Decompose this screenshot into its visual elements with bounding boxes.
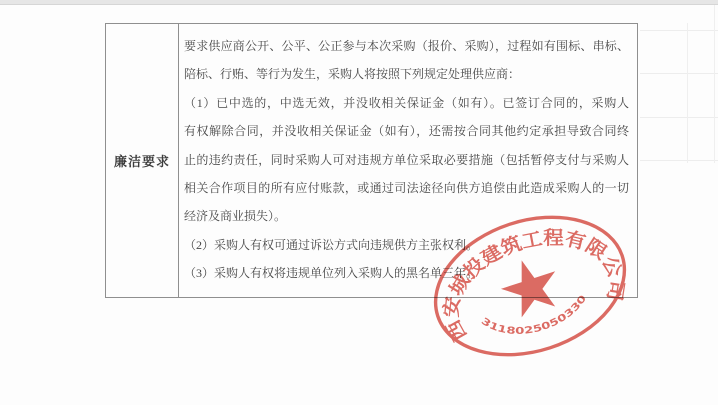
paragraph-line: （1）已中选的，中选无效，并没收相关保证金（如有）。已签订合同的，采购人 [184, 89, 629, 117]
paragraph-line: （3）采购人有权将违规单位列入采购人的黑名单三年。 [184, 259, 629, 287]
bleed-line [640, 73, 718, 74]
page-top-edge [0, 0, 718, 5]
paragraph-line: 要求供应商公开、公平、公正参与本次采购（报价、采购），过程如有围标、串标、 [184, 32, 629, 60]
row-content-cell: 要求供应商公开、公平、公正参与本次采购（报价、采购），过程如有围标、串标、陪标、… [179, 24, 637, 297]
row-label-cell: 廉洁要求 [106, 24, 179, 297]
bleed-line [640, 117, 718, 118]
bleed-line [687, 23, 688, 163]
paragraph-line: 陪标、行贿、等行为发生，采购人将按照下列规定处理供应商： [184, 60, 629, 88]
bleed-line [714, 5, 715, 163]
paragraph-line: （2）采购人有权可通过诉讼方式向违规供方主张权利。 [184, 231, 629, 259]
paragraph-line: 有权解除合同，并没收相关保证金（如有），还需按合同其他约定承担导致合同终 [184, 117, 629, 145]
row-label: 廉洁要求 [114, 151, 170, 170]
bleed-line [640, 30, 718, 31]
paragraph: 要求供应商公开、公平、公正参与本次采购（报价、采购），过程如有围标、串标、陪标、… [184, 32, 629, 288]
paragraph-line: 相关合作项目的所有应付账款，或通过司法途径向供方追偿由此造成采购人的一切 [184, 174, 629, 202]
bleed-line [640, 160, 718, 161]
paragraph-line: 止的违约责任，同时采购人可对违规方单位采取必要措施（包括暂停支付与采购人 [184, 146, 629, 174]
paragraph-line: 经济及商业损失）。 [184, 202, 629, 230]
scanned-document-page: { "document": { "table": { "row_label": … [0, 0, 718, 405]
integrity-requirements-table: 廉洁要求 要求供应商公开、公平、公正参与本次采购（报价、采购），过程如有围标、串… [105, 23, 638, 298]
